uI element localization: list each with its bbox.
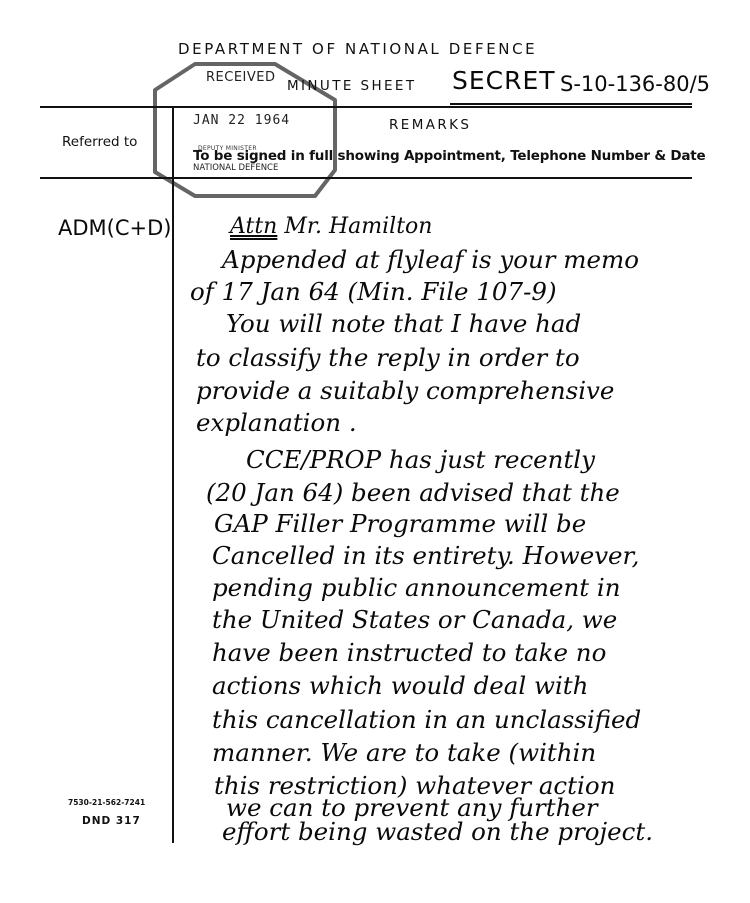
minute-line: to classify the reply in order to (196, 346, 580, 371)
remarks-heading: REMARKS (389, 117, 471, 133)
minute-line: provide a suitably comprehensive (196, 379, 614, 404)
stamp-date: JAN 22 1964 (193, 113, 290, 128)
referred-to-value: ADM(C+D) (58, 216, 171, 240)
referred-to-label: Referred to (62, 134, 137, 150)
header-rule-bottom (40, 177, 692, 179)
minute-line: pending public announcement in (212, 576, 621, 601)
signing-instruction: To be signed in full showing Appointment… (193, 148, 706, 164)
minute-line: of 17 Jan 64 (Min. File 107-9) (190, 280, 557, 305)
minute-line: have been instructed to take no (212, 641, 606, 666)
minute-line: manner. We are to take (within (212, 741, 596, 766)
stamp-received-label: RECEIVED (206, 70, 276, 85)
minute-line: (20 Jan 64) been advised that the (206, 481, 620, 506)
department-title: DEPARTMENT OF NATIONAL DEFENCE (178, 40, 537, 58)
minute-line: actions which would deal with (212, 674, 588, 699)
minute-line: Cancelled in its entirety. However, (212, 544, 639, 569)
minute-line: explanation . (196, 411, 357, 436)
form-code: DND 317 (82, 815, 141, 827)
column-divider (172, 106, 174, 843)
minute-line: the United States or Canada, we (212, 608, 617, 633)
classification-marking: SECRET (452, 66, 556, 95)
attention-label: Attn (230, 214, 277, 239)
salutation: Attn Mr. Hamilton (230, 214, 432, 239)
minute-line: GAP Filler Programme will be (214, 512, 586, 537)
sheet-title: MINUTE SHEET (287, 78, 417, 94)
minute-line: CCE/PROP has just recently (246, 448, 595, 473)
stamp-office-line2: NATIONAL DEFENCE (193, 163, 278, 173)
minute-line: this cancellation in an unclassified (212, 708, 641, 733)
form-stock-number: 7530-21-562-7241 (68, 798, 145, 807)
minute-line: effort being wasted on the project. (222, 820, 653, 845)
header-rule-top (40, 106, 692, 108)
classification-underline (450, 103, 692, 105)
file-reference: S-10-136-80/5 (560, 72, 710, 96)
minute-line: You will note that I have had (226, 312, 581, 337)
addressee: Mr. Hamilton (284, 214, 432, 239)
minute-line: Appended at flyleaf is your memo (222, 248, 639, 273)
